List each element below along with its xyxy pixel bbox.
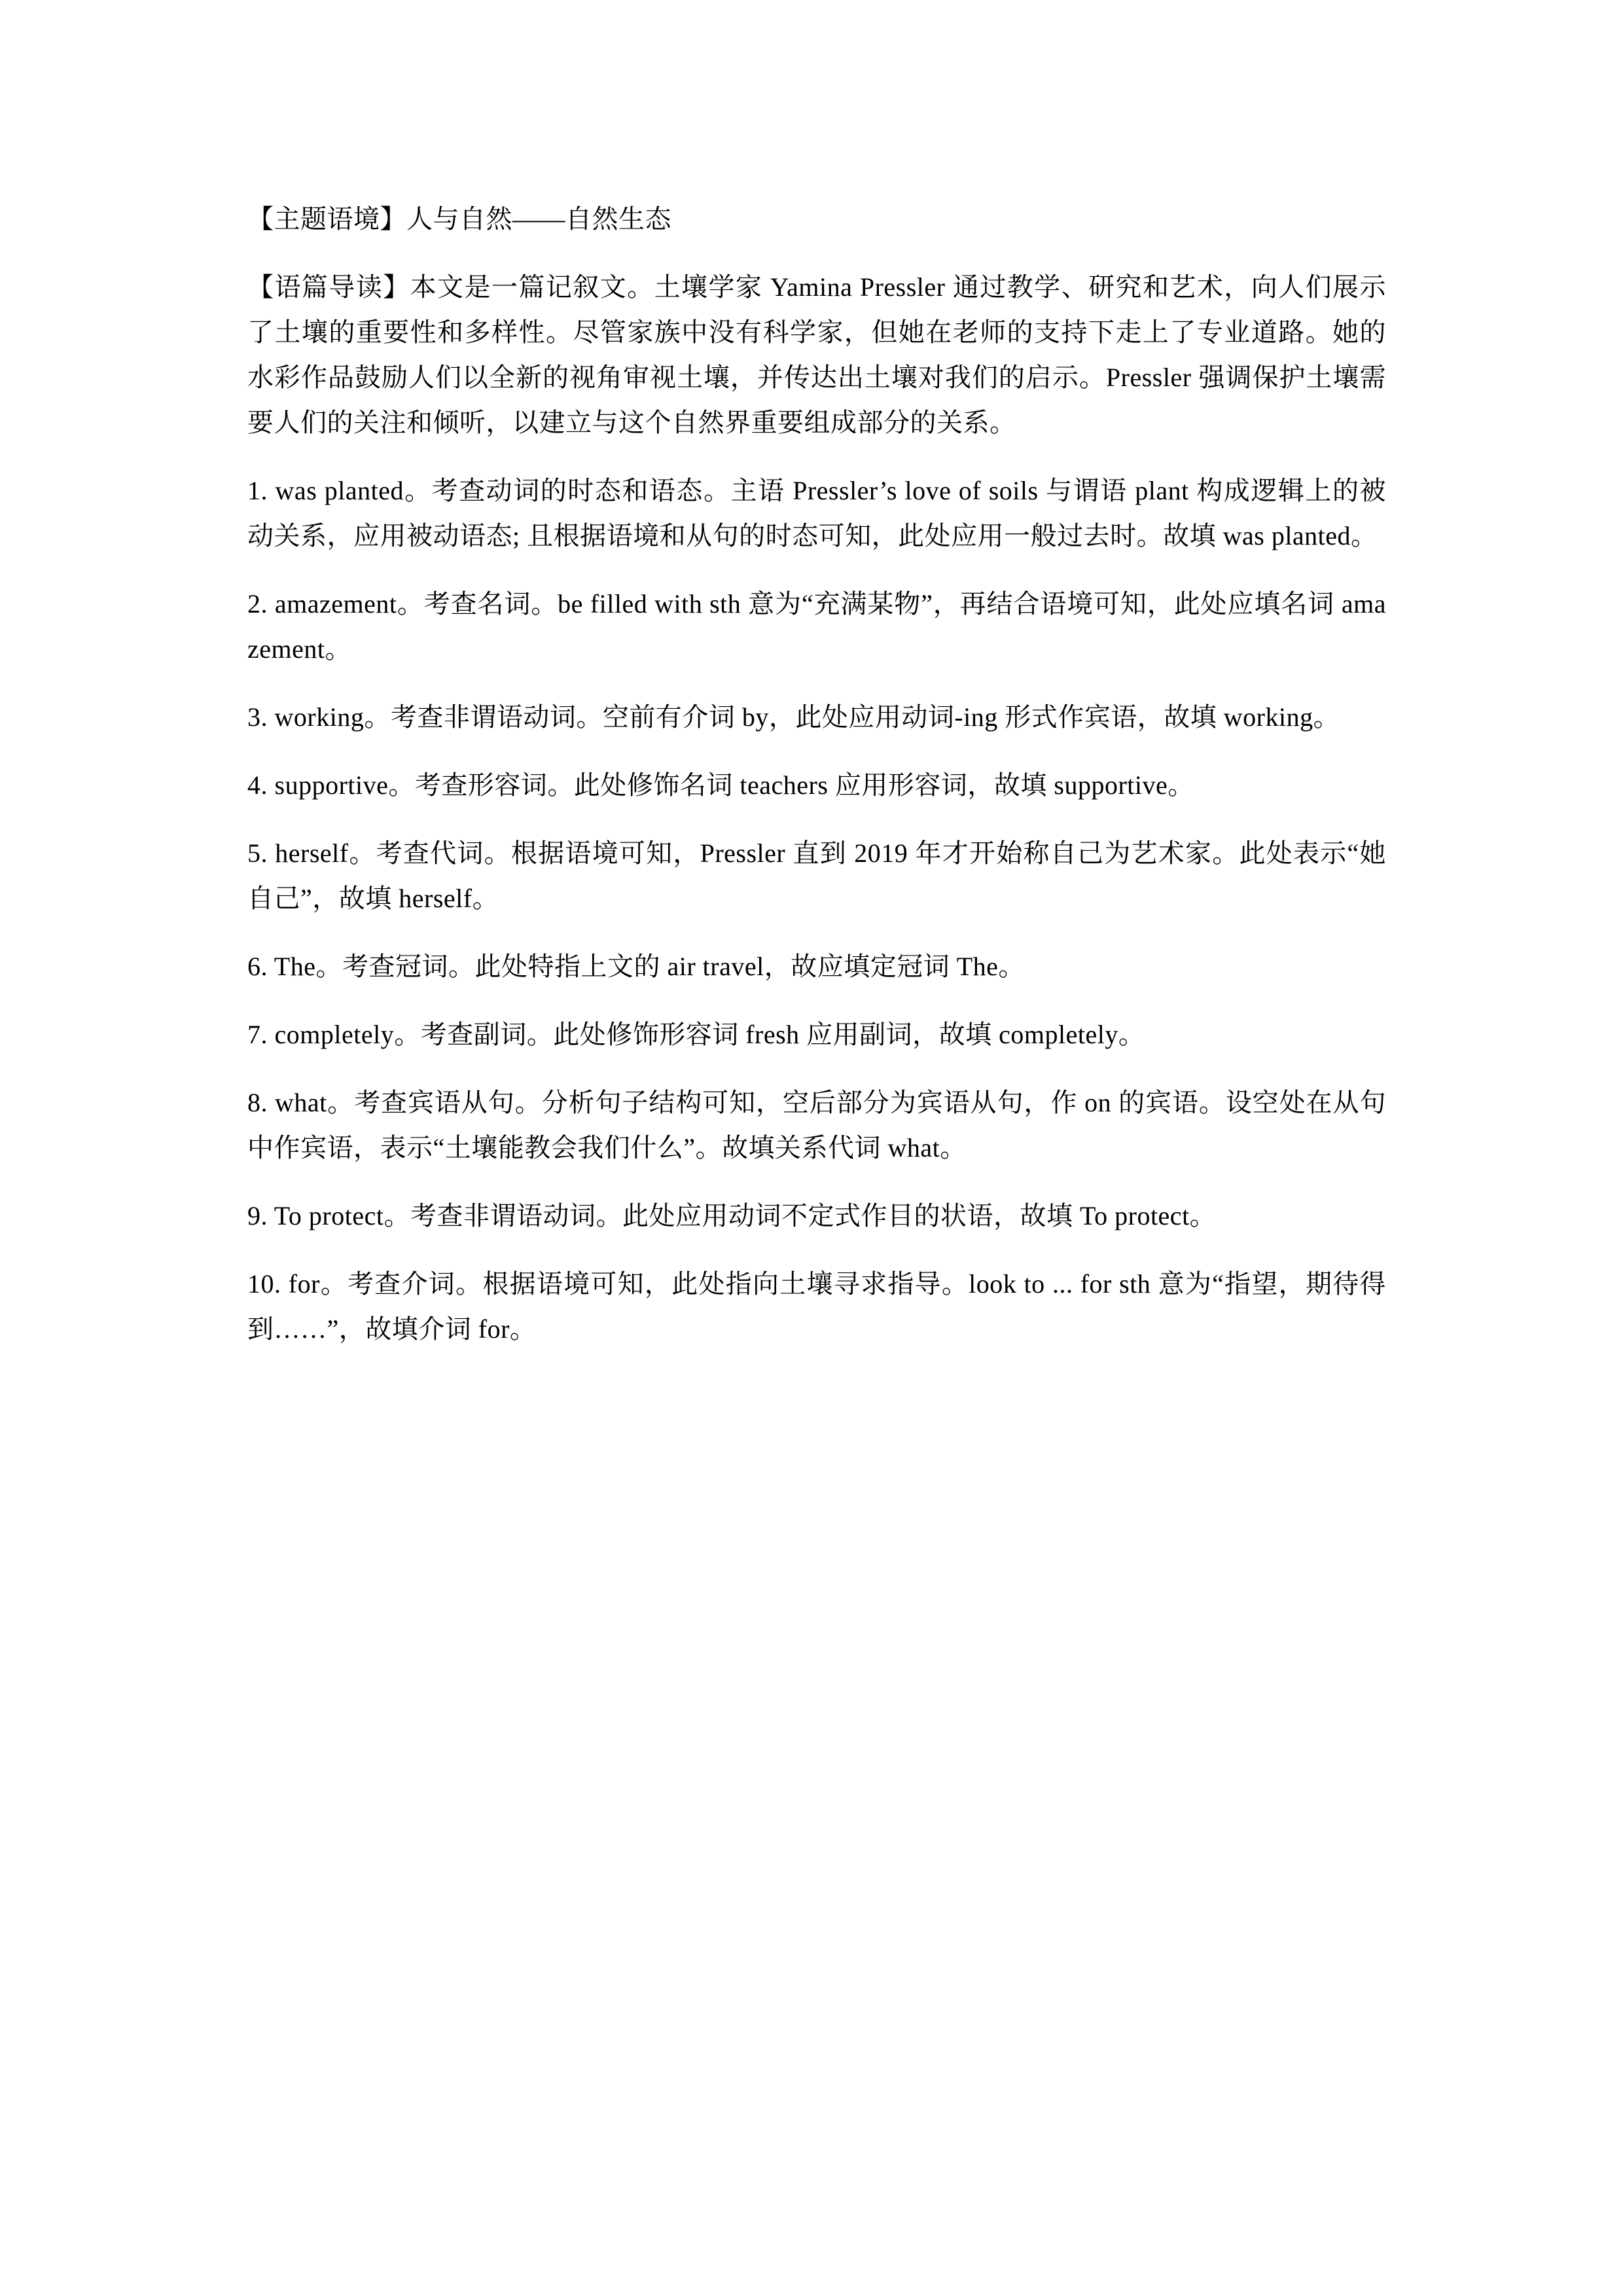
answer-item: 2. amazement。考查名词。be filled with sth 意为“… <box>247 581 1386 672</box>
answer-explanation: 。考查非谓语动词。此处应用动词不定式作目的状语，故填 To protect。 <box>383 1201 1216 1230</box>
answer-value: To protect <box>274 1201 384 1230</box>
answer-number: 4. <box>247 770 268 800</box>
answer-explanation: 。考查副词。此处修饰形容词 fresh 应用副词，故填 completely。 <box>394 1020 1145 1049</box>
answer-value: for <box>289 1269 320 1299</box>
answer-value: what <box>275 1088 327 1117</box>
answer-item: 10. for。考查介词。根据语境可知，此处指向土壤寻求指导。look to .… <box>247 1261 1386 1352</box>
theme-paragraph: 【主题语境】人与自然——自然生态 <box>247 196 1386 242</box>
answer-value: amazement <box>275 589 397 619</box>
answer-explanation: 。考查冠词。此处特指上文的 air travel，故应填定冠词 The。 <box>315 952 1024 981</box>
answer-item: 9. To protect。考查非谓语动词。此处应用动词不定式作目的状语，故填 … <box>247 1193 1386 1238</box>
answer-explanation: 。考查介词。根据语境可知，此处指向土壤寻求指导。look to ... for … <box>247 1269 1386 1344</box>
answer-item: 1. was planted。考查动词的时态和语态。主语 Pressler’s … <box>247 468 1386 558</box>
answer-value: herself <box>275 838 348 868</box>
answer-explanation: 。考查动词的时态和语态。主语 Pressler’s love of soils … <box>247 476 1386 550</box>
answer-value: supportive <box>275 770 389 800</box>
answer-number: 2. <box>247 589 268 619</box>
answer-explanation: 。考查非谓语动词。空前有介词 by，此处应用动词-ing 形式作宾语，故填 wo… <box>364 702 1340 732</box>
theme-text: 人与自然——自然生态 <box>406 204 671 234</box>
answer-value: working <box>275 702 365 732</box>
answer-item: 4. supportive。考查形容词。此处修饰名词 teachers 应用形容… <box>247 762 1386 808</box>
answer-number: 7. <box>247 1020 268 1049</box>
answer-number: 6. <box>247 952 268 981</box>
answer-explanation: 。考查形容词。此处修饰名词 teachers 应用形容词，故填 supporti… <box>388 770 1194 800</box>
document-page: 【主题语境】人与自然——自然生态 【语篇导读】本文是一篇记叙文。土壤学家 Yam… <box>247 196 1386 1374</box>
answer-item: 7. completely。考查副词。此处修饰形容词 fresh 应用副词，故填… <box>247 1012 1386 1057</box>
answer-number: 9. <box>247 1201 268 1230</box>
answer-explanation: 。考查代词。根据语境可知，Pressler 直到 2019 年才开始称自己为艺术… <box>247 838 1386 913</box>
answer-value: completely <box>275 1020 395 1049</box>
answer-explanation: 。考查宾语从句。分析句子结构可知，空后部分为宾语从句，作 on 的宾语。设空处在… <box>247 1088 1386 1162</box>
answer-value: was planted <box>276 476 404 505</box>
answer-number: 1. <box>247 476 268 505</box>
answer-number: 3. <box>247 702 268 732</box>
answer-item: 8. what。考查宾语从句。分析句子结构可知，空后部分为宾语从句，作 on 的… <box>247 1080 1386 1170</box>
answer-item: 5. herself。考查代词。根据语境可知，Pressler 直到 2019 … <box>247 831 1386 921</box>
answer-value: The <box>274 952 316 981</box>
intro-text: 本文是一篇记叙文。土壤学家 Yamina Pressler 通过教学、研究和艺术… <box>247 272 1386 437</box>
answer-item: 3. working。考查非谓语动词。空前有介词 by，此处应用动词-ing 形… <box>247 694 1386 740</box>
answer-number: 5. <box>247 838 268 868</box>
answer-item: 6. The。考查冠词。此处特指上文的 air travel，故应填定冠词 Th… <box>247 944 1386 989</box>
answer-number: 10. <box>247 1269 281 1299</box>
answer-explanation: 。考查名词。be filled with sth 意为“充满某物”，再结合语境可… <box>247 589 1386 664</box>
intro-paragraph: 【语篇导读】本文是一篇记叙文。土壤学家 Yamina Pressler 通过教学… <box>247 264 1386 445</box>
intro-label: 【语篇导读】 <box>247 272 410 302</box>
theme-label: 【主题语境】 <box>247 204 406 234</box>
answer-number: 8. <box>247 1088 268 1117</box>
